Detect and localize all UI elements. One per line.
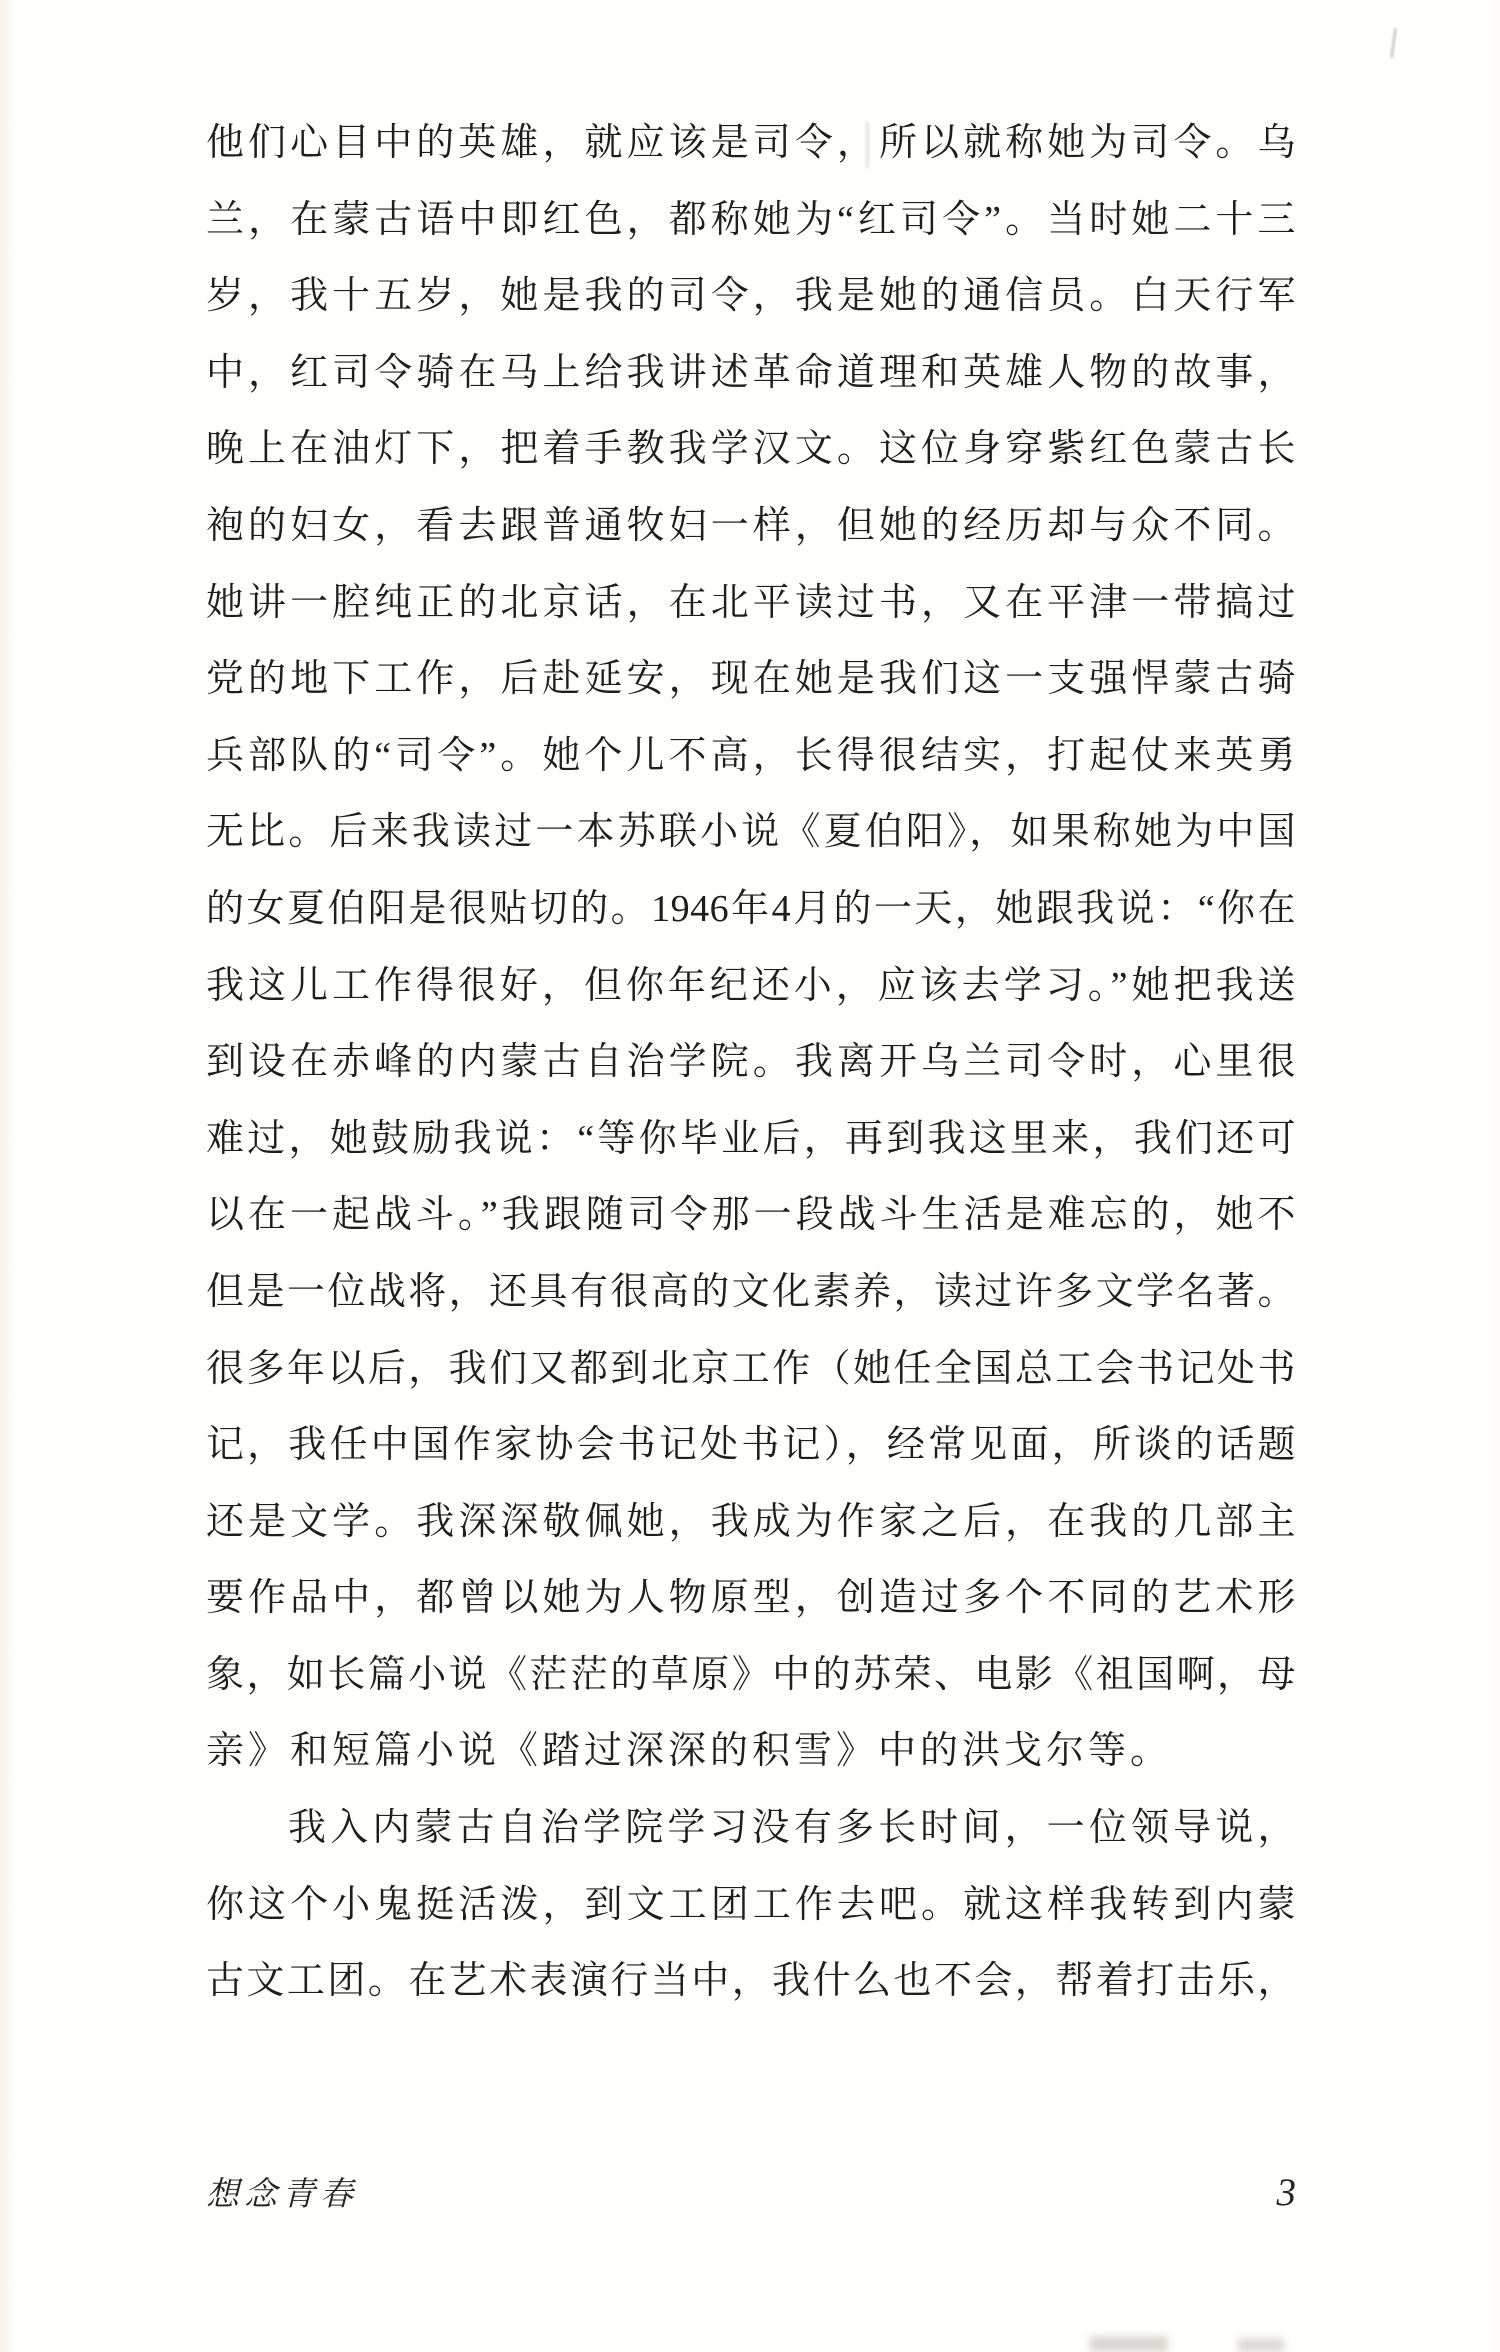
running-title: 想念青春	[206, 2168, 358, 2215]
text-line: 他们心目中的英雄，就应该是司令，所以就称她为司令。乌	[206, 105, 1296, 182]
text-line: 但是一位战将，还具有很高的文化素养，读过许多文学名著。	[206, 1254, 1296, 1331]
text-line: 党的地下工作，后赴延安，现在她是我们这一支强悍蒙古骑	[206, 641, 1296, 718]
text-line: 兰，在蒙古语中即红色，都称她为“红司令”。当时她二十三	[206, 182, 1296, 259]
text-line: 无比。后来我读过一本苏联小说《夏伯阳》，如果称她为中国	[206, 794, 1296, 871]
scan-smudge	[1090, 2336, 1168, 2352]
text-line: 以在一起战斗。”我跟随司令那一段战斗生活是难忘的，她不	[206, 1177, 1296, 1254]
text-line: 象，如长篇小说《茫茫的草原》中的苏荣、电影《祖国啊，母	[206, 1637, 1296, 1714]
text-line: 中，红司令骑在马上给我讲述革命道理和英雄人物的故事，	[206, 335, 1296, 412]
text-line: 还是文学。我深深敬佩她，我成为作家之后，在我的几部主	[206, 1484, 1296, 1561]
text-line: 兵部队的“司令”。她个儿不高，长得很结实，打起仗来英勇	[206, 718, 1296, 795]
text-line: 很多年以后，我们又都到北京工作（她任全国总工会书记处书	[206, 1331, 1296, 1408]
text-line: 记，我任中国作家协会书记处书记），经常见面，所谈的话题	[206, 1407, 1296, 1484]
text-line: 我这儿工作得很好，但你年纪还小，应该去学习。”她把我送	[206, 948, 1296, 1025]
scan-smudge	[1238, 2338, 1284, 2352]
text-line: 晚上在油灯下，把着手教我学汉文。这位身穿紫红色蒙古长	[206, 411, 1296, 488]
scan-smudge	[1390, 28, 1397, 58]
text-line: 她讲一腔纯正的北京话，在北平读过书，又在平津一带搞过	[206, 565, 1296, 642]
text-line-paragraph-start: 我入内蒙古自治学院学习没有多长时间，一位领导说，	[206, 1790, 1296, 1867]
text-line: 难过，她鼓励我说：“等你毕业后，再到我这里来，我们还可	[206, 1101, 1296, 1178]
text-line-paragraph-end: 亲》和短篇小说《踏过深深的积雪》中的洪戈尔等。	[206, 1713, 1296, 1790]
page-body-text: 他们心目中的英雄，就应该是司令，所以就称她为司令。乌 兰，在蒙古语中即红色，都称…	[206, 105, 1296, 2020]
text-line: 到设在赤峰的内蒙古自治学院。我离开乌兰司令时，心里很	[206, 1024, 1296, 1101]
book-page: 他们心目中的英雄，就应该是司令，所以就称她为司令。乌 兰，在蒙古语中即红色，都称…	[0, 0, 1500, 2352]
text-line: 岁，我十五岁，她是我的司令，我是她的通信员。白天行军	[206, 258, 1296, 335]
page-number: 3	[1277, 2170, 1299, 2215]
text-line: 你这个小鬼挺活泼，到文工团工作去吧。就这样我转到内蒙	[206, 1867, 1296, 1944]
text-line: 袍的妇女，看去跟普通牧妇一样，但她的经历却与众不同。	[206, 488, 1296, 565]
text-line: 古文工团。在艺术表演行当中，我什么也不会，帮着打击乐，	[206, 1943, 1296, 2020]
text-line: 要作品中，都曾以她为人物原型，创造过多个不同的艺术形	[206, 1560, 1296, 1637]
text-line: 的女夏伯阳是很贴切的。1946年4月的一天，她跟我说：“你在	[206, 871, 1296, 948]
page-footer: 想念青春 3	[206, 2168, 1298, 2215]
